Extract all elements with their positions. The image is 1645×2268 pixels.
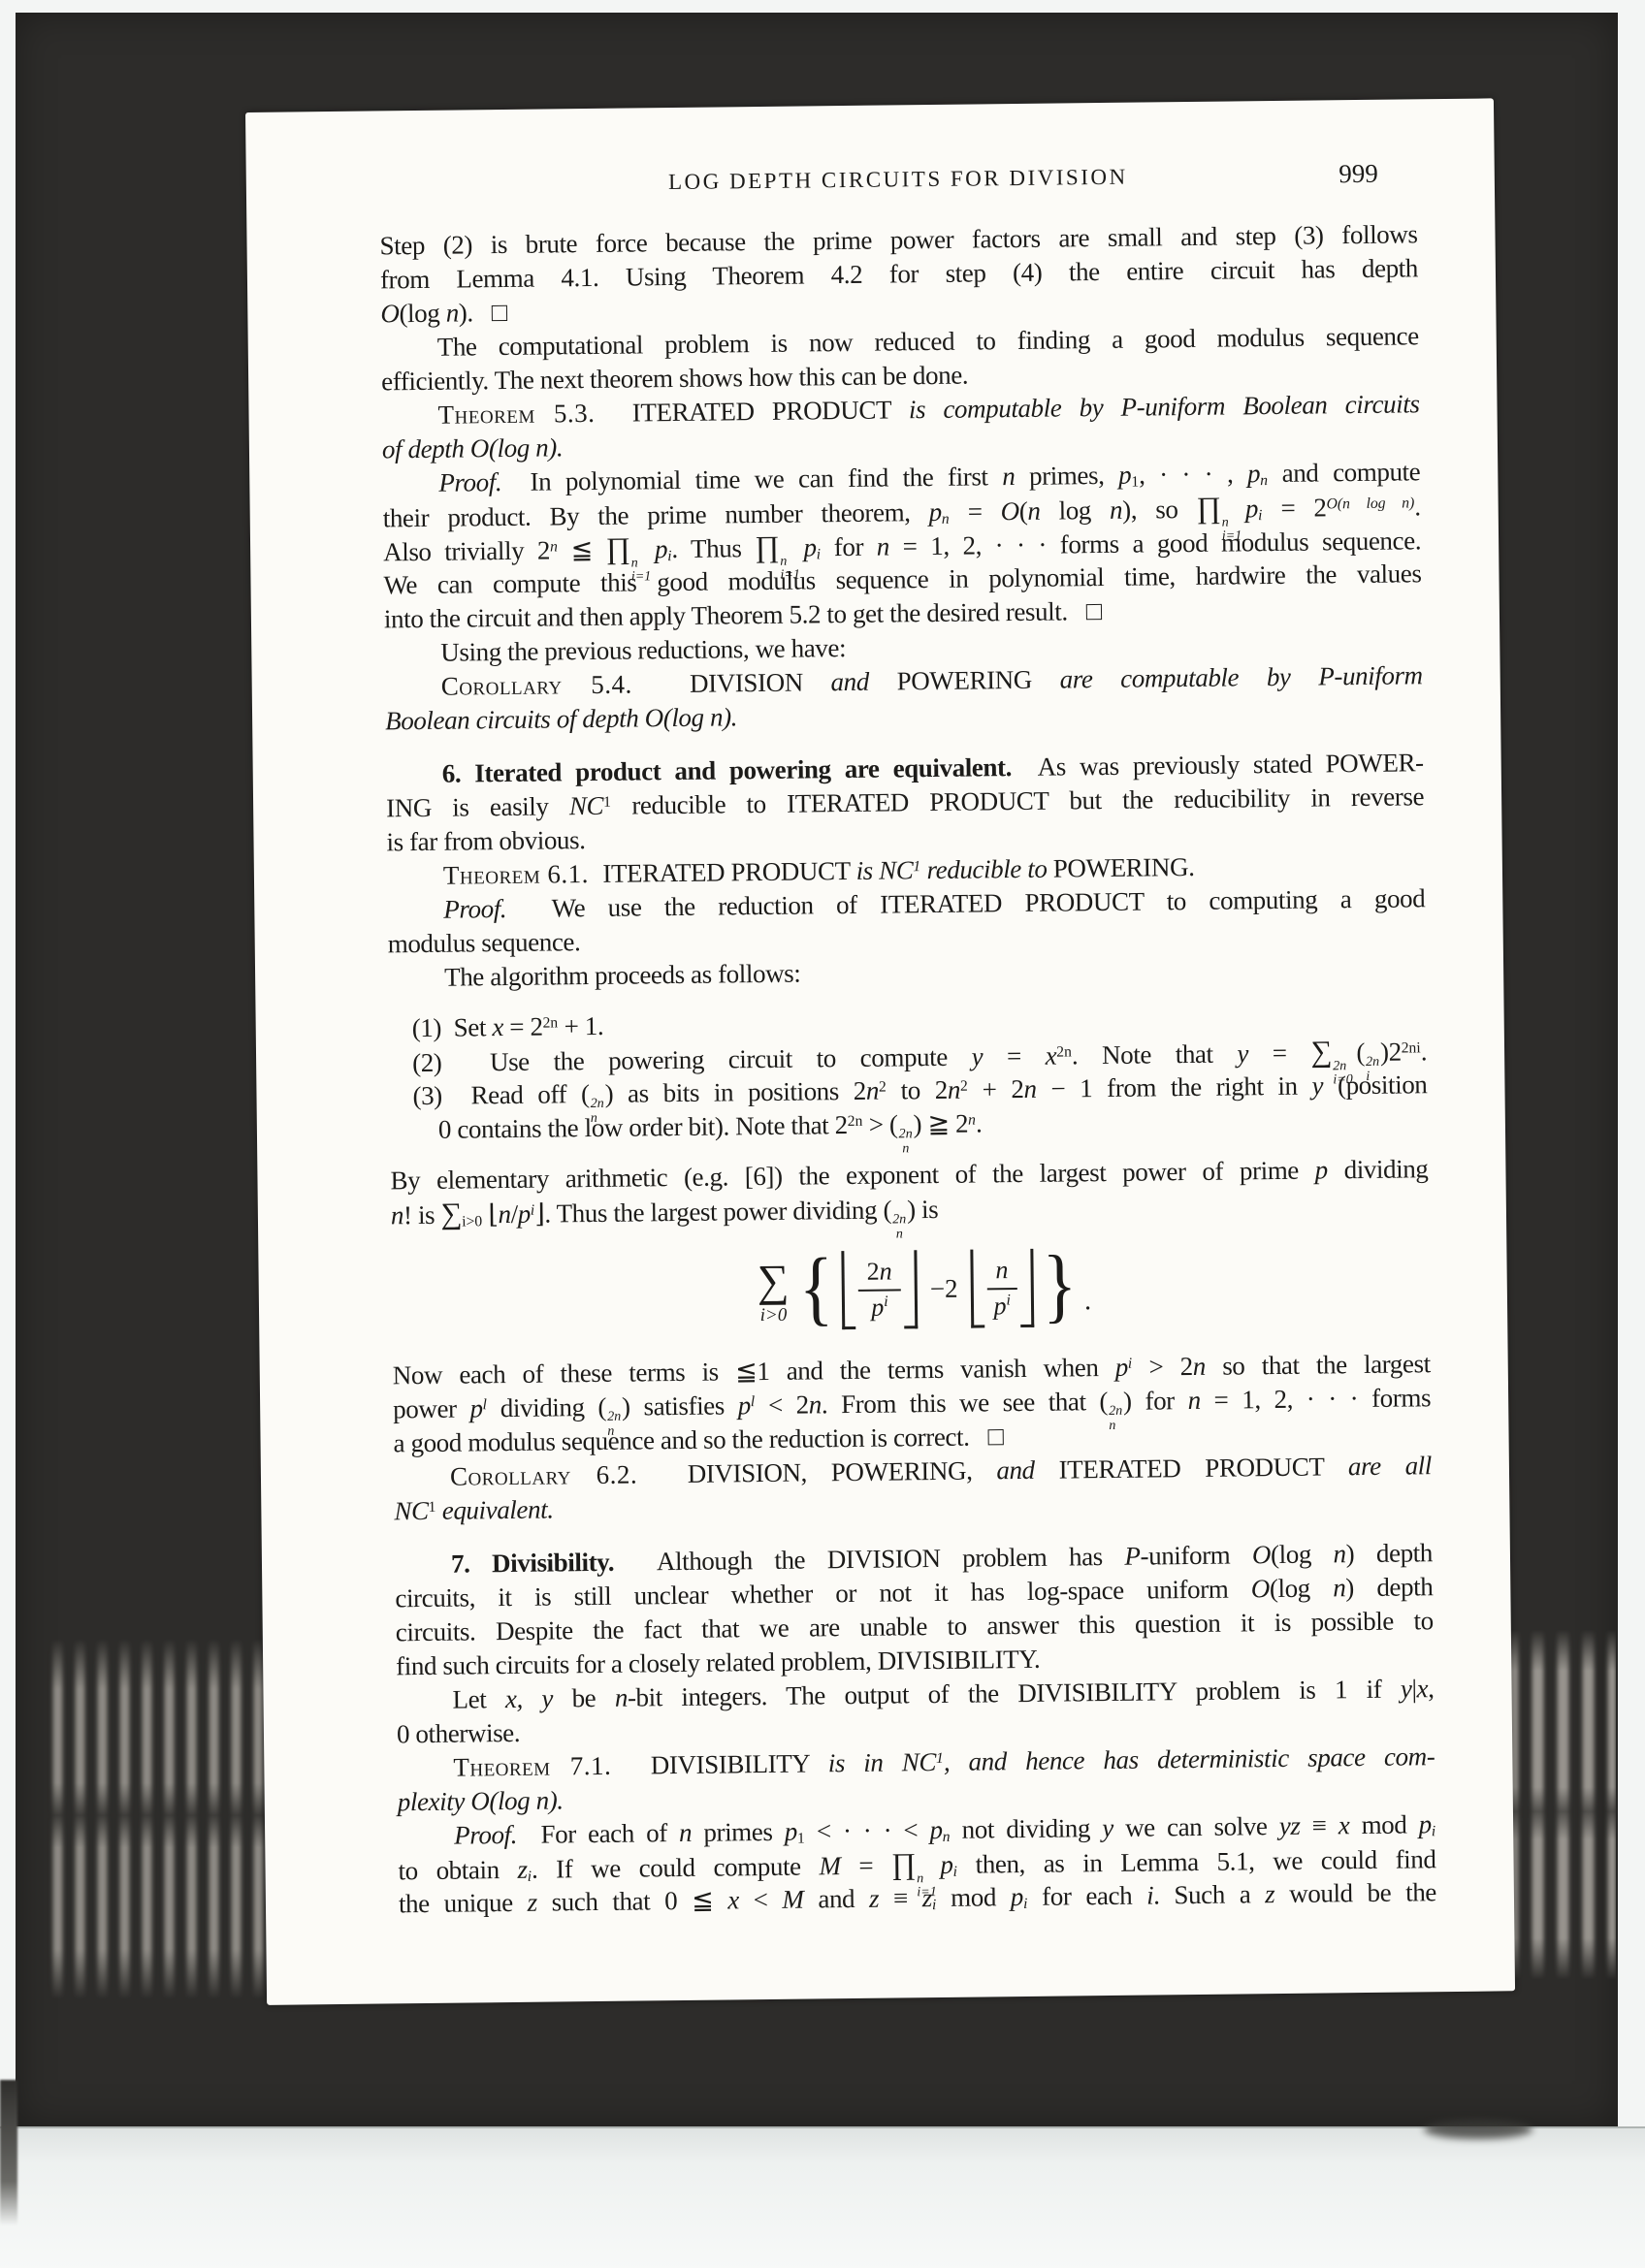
scan-bed-bottom-strip [0, 2126, 1645, 2268]
text-segment: and [803, 1884, 869, 1914]
text-segment: ) ≧ 2 [913, 1109, 968, 1139]
denominator-base: p [993, 1292, 1006, 1320]
text-segment: 1 [797, 1831, 805, 1847]
binomial-stack: 2nn [892, 1213, 906, 1241]
scanned-page: LOG DEPTH CIRCUITS FOR DIVISION 999 Step… [245, 98, 1515, 2004]
text-segment: z [869, 1884, 879, 1913]
text-segment: n [866, 1076, 879, 1105]
text-segment: ⌊ [482, 1199, 499, 1229]
text-segment: + 1. [558, 1011, 603, 1041]
text-segment: ) is [907, 1195, 938, 1224]
text-segment: n [1027, 496, 1040, 526]
text-segment: > 2 [1132, 1352, 1193, 1382]
text-segment: ( [1019, 496, 1028, 526]
text-segment: n [877, 531, 889, 560]
text-segment: p [1247, 459, 1260, 488]
text-segment: M [819, 1851, 840, 1880]
text-segment: = 1, 2, · · · forms [1201, 1383, 1432, 1415]
text-segment: to obtain [398, 1855, 517, 1885]
text-segment: n [1187, 1386, 1200, 1415]
text-segment: i [817, 547, 822, 563]
text-segment: primes [692, 1817, 785, 1847]
left-brace: { [798, 1245, 833, 1328]
text-segment: p [785, 1817, 797, 1846]
film-artifact-right [1501, 1629, 1616, 1980]
text-segment: p [469, 1393, 482, 1422]
text-segment: For each of [517, 1818, 679, 1849]
text-segment: and compute [1268, 457, 1421, 488]
body-text-upper: Step (2) is brute force because the prim… [379, 217, 1429, 1231]
numerator-variable: n [879, 1258, 891, 1286]
floor-bracket-right [903, 1250, 918, 1328]
binomial-stack: 2nn [1109, 1404, 1122, 1432]
text-segment: 6. Iterated product and powering are equ… [442, 752, 1013, 788]
text-segment: − 1 from the right in [1036, 1071, 1311, 1103]
text-segment: x [1046, 1041, 1057, 1070]
text-segment: n [1193, 1352, 1206, 1381]
text-segment: mod [1349, 1809, 1419, 1839]
text-segment: i [1258, 508, 1263, 525]
text-segment: M [782, 1885, 803, 1914]
text-segment: O [1251, 1574, 1270, 1603]
text-segment: n [948, 1075, 960, 1104]
text-segment: i>0 [462, 1214, 482, 1230]
text-segment: ) depth [1346, 1538, 1434, 1568]
summation-limit: i>0 [760, 1305, 788, 1324]
minus-term: −2 [930, 1272, 958, 1306]
display-equation: ∑ i>0 { 2n pi −2 n pi } . [391, 1220, 1430, 1358]
text-segment: n [550, 539, 558, 556]
text-segment: x [727, 1885, 739, 1914]
text-segment: l [751, 1393, 756, 1410]
text-segment: we can solve [1113, 1811, 1279, 1842]
text-segment: . If we could compute [532, 1851, 820, 1883]
text-segment: modulus sequence. [388, 927, 581, 958]
fraction-numerator: n [986, 1256, 1016, 1290]
text-segment: ) for [1123, 1386, 1188, 1416]
text-segment: Theorem 6.1. [443, 859, 603, 890]
equation-period: . [1084, 1284, 1091, 1318]
text-segment: . [976, 1108, 983, 1137]
text-segment: equivalent. [435, 1494, 553, 1524]
text-segment: be [553, 1683, 615, 1713]
text-segment: i [932, 1897, 937, 1913]
text-segment: then, as in Lemma 5.1, we could find [957, 1844, 1436, 1879]
text-segment: < 2 [755, 1390, 809, 1420]
text-segment: = [840, 1851, 891, 1881]
text-segment: (2) Use the powering circuit to compute [412, 1042, 972, 1078]
text-segment: □ [473, 298, 507, 327]
text-segment: 1 [1131, 474, 1139, 491]
text-segment: ! is [403, 1200, 441, 1230]
text-segment: y [1401, 1674, 1412, 1703]
text-segment: so that the largest [1206, 1349, 1431, 1381]
text-segment: i [1432, 1824, 1436, 1840]
text-segment: n [942, 511, 950, 527]
text-segment: O(n log n) [1326, 495, 1414, 513]
text-segment: of depth O(log n). [382, 432, 564, 463]
text-segment: dividing [1328, 1154, 1429, 1184]
text-segment: y [971, 1041, 983, 1070]
text-segment: O [1252, 1540, 1271, 1569]
text-segment: 2 [960, 1078, 968, 1095]
text-segment: y [1237, 1038, 1248, 1068]
text-segment: 1 [428, 1499, 435, 1516]
text-segment: n [615, 1683, 628, 1712]
text-segment: Although the DIVISION problem has [614, 1542, 1125, 1577]
text-segment: ) depth [1345, 1572, 1433, 1602]
binomial-stack: 2nn [899, 1128, 913, 1156]
text-segment: 7. Divisibility. [451, 1548, 615, 1579]
text-segment: ITERATED PRODUCT [1035, 1452, 1349, 1485]
text-segment: -bit integers. The output of the DIVISIB… [628, 1675, 1401, 1712]
text-segment: p [1418, 1809, 1431, 1838]
text-segment: x, y [505, 1684, 553, 1714]
text-segment: = [1248, 1038, 1311, 1069]
text-segment: Theorem 5.3. [437, 398, 632, 429]
text-segment: = [949, 496, 1000, 527]
text-segment: is computable by P-uniform Boolean circu… [909, 389, 1420, 424]
text-segment: n [446, 299, 459, 328]
text-segment: (1) Set [412, 1012, 493, 1042]
text-segment: i [531, 1202, 535, 1219]
text-segment: NC [394, 1496, 429, 1525]
text-segment: 0 contains the low order bit). Note that… [438, 1110, 848, 1144]
text-segment: 2n [848, 1113, 863, 1130]
text-segment: such that 0 ≦ [537, 1885, 728, 1916]
text-segment: (log [1271, 1539, 1334, 1569]
text-segment: In polynomial time we can find the first [501, 462, 1002, 496]
text-segment: DIVISION, POWERING, [688, 1455, 997, 1488]
text-segment: POWERING [869, 665, 1060, 696]
text-segment: x [1339, 1810, 1350, 1839]
text-segment: p [929, 497, 942, 527]
summation-symbol: ∑ i>0 [757, 1258, 790, 1324]
fraction-numerator: 2n [857, 1258, 900, 1292]
text-segment: O [380, 299, 399, 328]
text-segment: not dividing [950, 1813, 1102, 1844]
text-segment: (3) Read off ( [412, 1079, 589, 1110]
text-segment: p [1118, 461, 1131, 490]
text-segment: x [1416, 1674, 1428, 1703]
text-segment: > ( [862, 1109, 897, 1138]
text-segment: n [391, 1200, 403, 1230]
text-segment: Corollary 6.2. [450, 1459, 688, 1491]
text-segment: and [996, 1455, 1035, 1485]
text-segment: ∏ [1196, 492, 1220, 525]
text-segment: ∑ [1310, 1035, 1332, 1068]
text-segment: = 2 [1262, 493, 1327, 523]
text-segment: . Thus [671, 533, 755, 563]
scan-canvas: LOG DEPTH CIRCUITS FOR DIVISION 999 Step… [0, 0, 1645, 2268]
text-segment: p [738, 1390, 751, 1420]
text-segment: < · · · < [804, 1815, 929, 1845]
text-segment: . From this we see that ( [822, 1387, 1108, 1419]
text-segment: DIVISION [690, 667, 831, 698]
text-segment: Corollary 5.4. [441, 669, 691, 701]
text-segment: 2n [1056, 1044, 1072, 1061]
text-segment: 1 [936, 1750, 944, 1767]
text-segment: i [1023, 1896, 1028, 1912]
text-segment: Now each of these terms is ≦1 and the te… [393, 1353, 1115, 1390]
text-segment: O [1001, 496, 1019, 526]
text-segment: □ [1068, 596, 1102, 625]
floor-bracket-left [841, 1251, 855, 1329]
text-segment: n [1110, 495, 1122, 525]
text-segment: ∏ [891, 1847, 916, 1880]
text-segment: y [1102, 1813, 1113, 1842]
text-segment: p [929, 1815, 942, 1844]
text-segment: , · · · , [1139, 459, 1247, 489]
text-segment: . [1421, 1037, 1428, 1066]
text-segment: 2n [542, 1015, 558, 1032]
text-segment: n [498, 1199, 510, 1229]
fraction-denominator: pi [871, 1292, 888, 1323]
text-segment: . [1414, 492, 1421, 521]
floor-bracket-right [1019, 1249, 1034, 1327]
text-segment: Proof. [454, 1820, 517, 1850]
fraction-denominator: pi [993, 1290, 1011, 1321]
text-segment: x [492, 1012, 503, 1041]
text-segment: )2 [1380, 1038, 1402, 1067]
text-segment: is far from obvious. [386, 825, 585, 856]
text-segment: for each [1027, 1881, 1146, 1911]
text-segment: DIVISIBILITY [651, 1748, 828, 1779]
text-segment: l [482, 1396, 487, 1413]
text-segment: n [1333, 1573, 1345, 1602]
text-segment: ) satisfies [622, 1390, 738, 1421]
text-segment: , [1428, 1674, 1435, 1703]
text-segment: n [1023, 1074, 1036, 1103]
text-segment: is NC [855, 855, 913, 885]
text-segment: reducible to [920, 854, 1053, 885]
text-segment: (log [399, 299, 446, 329]
text-segment: □ [969, 1421, 1003, 1451]
text-segment: n [809, 1390, 822, 1419]
text-segment: 1 [913, 858, 920, 875]
text-segment: Also trivially 2 [383, 535, 550, 566]
text-segment: n [943, 1829, 951, 1845]
text-segment: p [518, 1199, 531, 1229]
text-segment: (log [1270, 1573, 1334, 1603]
denominator-exponent: i [1006, 1292, 1011, 1308]
text-segment: z [517, 1855, 527, 1884]
text-segment: find such circuits for a closely related… [396, 1645, 1040, 1681]
film-artifact-left [47, 1639, 270, 1999]
text-segment: 0 otherwise. [397, 1718, 521, 1748]
fraction-n-over-p-i: n pi [986, 1256, 1017, 1321]
text-segment: ). [459, 298, 473, 327]
text-segment: ∏ [755, 530, 779, 563]
text-segment: plexity O(log n). [398, 1785, 564, 1816]
text-segment: the unique [399, 1888, 528, 1919]
text-segment: ), so [1122, 495, 1197, 525]
text-segment: log [1040, 495, 1110, 526]
text-segment: i [952, 1864, 957, 1880]
text-segment: y [1311, 1070, 1323, 1100]
text-segment: 1 [603, 794, 611, 811]
text-segment: = 2 [503, 1012, 543, 1041]
text-segment: ⌋. Thus the largest power dividing ( [534, 1196, 891, 1229]
text-segment: ≦ [558, 535, 606, 565]
text-segment: p [1245, 494, 1258, 523]
text-segment: p [1115, 1353, 1128, 1382]
text-segment: efficiently. The next theorem shows how … [381, 361, 968, 397]
text-segment: for [821, 532, 877, 562]
text-segment: Using the previous reductions, we have: [440, 633, 846, 667]
text-segment: As was previously stated POWER- [1012, 748, 1424, 782]
text-segment: n [1260, 473, 1268, 490]
text-segment: p [655, 534, 667, 563]
sigma-glyph: ∑ [757, 1258, 789, 1302]
text-segment: dividing ( [487, 1392, 606, 1422]
text-segment: p [940, 1850, 952, 1879]
running-head-title: LOG DEPTH CIRCUITS FOR DIVISION [668, 165, 1128, 194]
text-segment: Boolean circuits of depth O(log n). [385, 702, 737, 735]
text-segment: NC [569, 791, 604, 820]
text-segment: = 1, 2, · · · forms a good modulus seque… [889, 526, 1421, 560]
text-segment: < [739, 1885, 783, 1915]
text-segment: ING is easily [386, 791, 569, 822]
text-segment: Let [452, 1684, 505, 1714]
right-brace: } [1042, 1242, 1077, 1326]
numerator-variable: n [995, 1256, 1008, 1284]
text-segment: p [1011, 1882, 1023, 1911]
text-segment: ( [1356, 1038, 1365, 1067]
text-segment: yz [1279, 1811, 1301, 1840]
denominator-base: p [871, 1294, 884, 1322]
text-segment: 2ni [1402, 1039, 1421, 1056]
scan-artifact-bottom-right [1424, 2120, 1532, 2139]
text-segment: , and hence has deterministic space com- [944, 1741, 1435, 1776]
text-segment: z [922, 1883, 932, 1912]
text-segment: POWERING. [1053, 852, 1195, 883]
text-segment: ∑ [440, 1198, 462, 1230]
text-segment: + 2 [968, 1074, 1024, 1104]
numerator-coefficient: 2 [866, 1258, 879, 1286]
denominator-exponent: i [884, 1294, 888, 1310]
scan-artifact-bottom-left [0, 2080, 17, 2225]
text-segment: power [393, 1393, 470, 1423]
page-number: 999 [1339, 159, 1378, 189]
text-segment: i [528, 1869, 532, 1885]
text-segment: 2 [879, 1079, 887, 1096]
text-segment: into the circuit and then apply Theorem … [384, 596, 1068, 633]
text-segment: would be the [1274, 1877, 1436, 1908]
text-segment: a good modulus sequence and so the reduc… [393, 1422, 969, 1458]
text-segment: ≡ [1300, 1810, 1339, 1839]
text-segment: Theorem 7.1. [453, 1750, 651, 1781]
text-segment: their product. By the prime number theor… [383, 497, 929, 532]
text-segment: p [803, 532, 816, 561]
running-head: LOG DEPTH CIRCUITS FOR DIVISION 999 [379, 161, 1417, 206]
text-segment: n [968, 1112, 976, 1129]
text-segment: mod [936, 1882, 1011, 1912]
text-segment: are all [1348, 1451, 1432, 1481]
text-segment: n [1002, 462, 1015, 491]
text-segment: reducible to ITERATED PRODUCT but the re… [611, 782, 1424, 820]
text-segment: Proof. [443, 894, 506, 924]
text-segment: Proof. [438, 467, 501, 497]
body-text-lower: Now each of these terms is ≦1 and the te… [393, 1347, 1437, 1921]
text-segment: ≡ [879, 1883, 922, 1913]
text-segment: n [1333, 1539, 1345, 1568]
floor-bracket-left [970, 1249, 984, 1327]
text-segment: ) as bits in positions 2 [604, 1076, 866, 1108]
text-segment: P [1124, 1542, 1140, 1571]
text-segment: z [527, 1888, 536, 1917]
text-segment: p [1315, 1155, 1328, 1184]
text-segment: n [679, 1818, 692, 1847]
text-segment: ITERATED PRODUCT [602, 856, 856, 888]
text-segment: (position [1323, 1070, 1428, 1100]
text-segment: and [830, 667, 869, 696]
text-segment: are computable by P-uniform [1059, 660, 1422, 693]
text-segment: ∏ [605, 532, 629, 565]
text-segment: is in NC [828, 1747, 937, 1777]
text-segment: ITERATED PRODUCT [632, 395, 909, 427]
text-segment: . Such a [1153, 1879, 1265, 1909]
text-segment: . Note that [1072, 1038, 1238, 1070]
text-segment: i [1128, 1356, 1133, 1372]
text-column: Step (2) is brute force because the prim… [379, 217, 1436, 1921]
text-segment: primes, [1015, 461, 1118, 491]
text-segment: The algorithm proceeds as follows: [444, 959, 801, 992]
fraction-2n-over-p-i: 2n pi [857, 1258, 901, 1323]
text-segment: = [983, 1041, 1046, 1071]
text-segment: to 2 [887, 1075, 948, 1105]
text-segment: -uniform [1140, 1540, 1252, 1570]
text-segment: i [667, 548, 672, 564]
